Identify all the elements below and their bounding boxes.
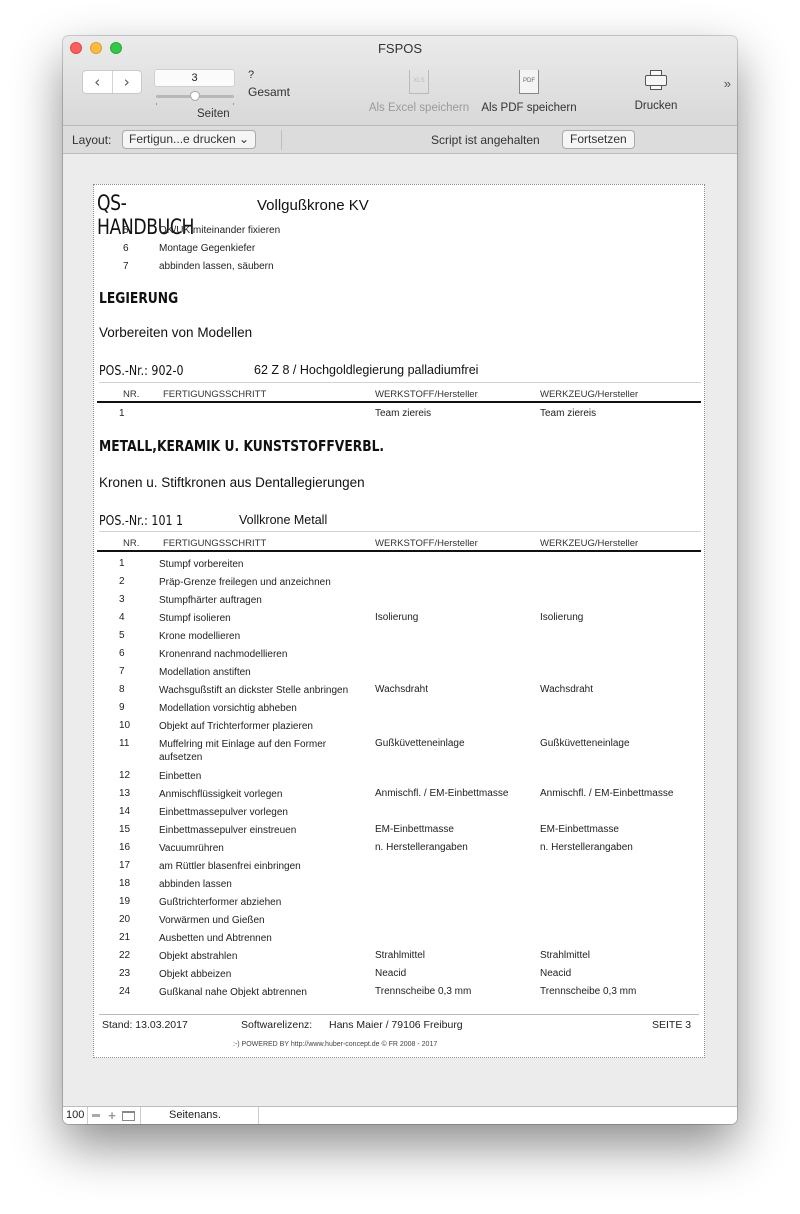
position-description: 62 Z 8 / Hochgoldlegierung palladiumfrei [254,363,478,377]
production-step: Gußtrichterformer abziehen [159,896,371,909]
row-number: 3 [119,594,139,605]
production-step: Objekt abbeizen [159,968,371,981]
print-page: QS-HANDBUCH Vollgußkrone KV 5OK/UK mitei… [93,184,705,1058]
column-header: WERKZEUG/Hersteller [540,389,638,400]
zoom-level[interactable]: 100 [63,1107,88,1125]
row-number: 21 [119,932,139,943]
production-step: Stumpfhärter auftragen [159,594,371,607]
row-number: 6 [119,648,139,659]
window-title: FSPOS [63,41,737,56]
tool: Team ziereis [540,408,596,419]
row-number: 23 [119,968,139,979]
column-header: WERKZEUG/Hersteller [540,538,638,549]
row-number: 9 [119,702,139,713]
step-number: 6 [123,243,129,254]
production-step: Stumpf isolieren [159,612,371,625]
total-pages-value: ? [248,69,254,81]
next-page-button[interactable]: › [112,71,142,93]
tool: Anmischfl. / EM-Einbettmasse [540,788,673,799]
footer-page-number: SEITE 3 [652,1019,691,1031]
xls-file-icon: XLS [409,70,429,94]
row-number: 2 [119,576,139,587]
material: Isolierung [375,612,418,623]
row-number: 24 [119,986,139,997]
column-header: WERKSTOFF/Hersteller [375,538,478,549]
production-step: Krone modellieren [159,630,371,643]
row-number: 15 [119,824,139,835]
step-number: 5 [123,225,129,236]
step-text: Montage Gegenkiefer [159,243,255,254]
footer-date: Stand: 13.03.2017 [102,1019,188,1031]
title-toolbar: FSPOS ‹ › 3 Seiten ? Gesamt XLS Als Exce… [63,36,737,126]
tool: Neacid [540,968,571,979]
table-header: NR.FERTIGUNGSSCHRITTWERKSTOFF/Hersteller… [97,538,701,552]
production-step: Anmischflüssigkeit vorlegen [159,788,371,801]
rule [99,531,701,532]
position-number: POS.-Nr.: 902-0 [99,364,184,379]
page-slider-thumb[interactable] [190,91,200,101]
production-step: Einbettmassepulver einstreuen [159,824,371,837]
slider-ticks [156,103,234,105]
row-number: 10 [119,720,139,731]
production-step: Muffelring mit Einlage auf den Former au… [159,738,371,764]
save-as-pdf-label: Als PDF speichern [476,102,582,114]
position-line: POS.-Nr.: 101 1 Vollkrone Metall [99,513,198,529]
material: Gußküvetteneinlage [375,738,465,749]
row-number: 22 [119,950,139,961]
row-number: 7 [119,666,139,677]
row-number: 14 [119,806,139,817]
production-step: Kronenrand nachmodellieren [159,648,371,661]
layout-dropdown[interactable]: Fertigun...e drucken ⌄ [122,130,256,149]
table-header: NR.FERTIGUNGSSCHRITTWERKSTOFF/Hersteller… [97,389,701,403]
script-status: Script ist angehalten [431,133,540,147]
position-line: POS.-Nr.: 902-0 62 Z 8 / Hochgoldlegieru… [99,363,198,379]
production-step: Modellation vorsichtig abheben [159,702,371,715]
production-step: Einbetten [159,770,371,783]
tool: Isolierung [540,612,583,623]
step-number: 7 [123,261,129,272]
footer-rule [99,1014,699,1015]
production-step: Präp-Grenze freilegen und anzeichnen [159,576,371,589]
row-number: 1 [119,558,139,569]
save-as-pdf-button[interactable]: PDF Als PDF speichern [476,70,582,114]
powered-by: :-) POWERED BY http://www.huber-concept.… [233,1041,437,1048]
step-text: OK/UK miteinander fixieren [159,225,280,236]
section-title: LEGIERUNG [99,289,178,307]
tool: Gußküvetteneinlage [540,738,630,749]
toolbar-overflow-icon[interactable]: » [724,76,729,91]
production-step: am Rüttler blasenfrei einbringen [159,860,371,873]
print-label: Drucken [616,100,696,112]
page-slider[interactable] [156,95,234,98]
tool: EM-Einbettmasse [540,824,619,835]
production-step: abbinden lassen [159,878,371,891]
page-number-field[interactable]: 3 [154,69,235,87]
production-step: Wachsgußstift an dickster Stelle anbring… [159,684,371,697]
layout-label: Layout: [72,133,111,147]
divider [281,130,282,150]
row-number: 17 [119,860,139,871]
material: Trennscheibe 0,3 mm [375,986,471,997]
print-button[interactable]: Drucken [616,70,696,112]
column-header: FERTIGUNGSSCHRITT [163,538,266,549]
material: Neacid [375,968,406,979]
pdf-file-icon: PDF [519,70,539,94]
row-number: 4 [119,612,139,623]
tool: Strahlmittel [540,950,590,961]
column-header: FERTIGUNGSSCHRITT [163,389,266,400]
row-number: 18 [119,878,139,889]
total-label: Gesamt [248,85,290,99]
material: n. Herstellerangaben [375,842,468,853]
continue-script-button[interactable]: Fortsetzen [562,130,635,149]
toolbar-toggle-icon[interactable] [120,1107,136,1125]
column-header: NR. [123,389,139,400]
section-subtitle: Vorbereiten von Modellen [99,325,252,340]
production-step: Vacuumrühren [159,842,371,855]
production-step: Objekt abstrahlen [159,950,371,963]
step-text: abbinden lassen, säubern [159,261,274,272]
production-step: Gußkanal nahe Objekt abtrennen [159,986,371,999]
row-number: 13 [119,788,139,799]
material: Wachsdraht [375,684,428,695]
row-number: 16 [119,842,139,853]
row-number: 1 [119,408,139,419]
row-number: 8 [119,684,139,695]
position-description: Vollkrone Metall [239,513,327,527]
footer-license-value: Hans Maier / 79106 Freiburg [329,1019,463,1031]
column-header: WERKSTOFF/Hersteller [375,389,478,400]
record-navigation: ‹ › [82,70,142,94]
save-as-excel-label: Als Excel speichern [364,102,474,114]
app-window: FSPOS ‹ › 3 Seiten ? Gesamt XLS Als Exce… [63,36,737,1124]
pages-label: Seiten [197,108,230,120]
material: Strahlmittel [375,950,425,961]
production-step: Ausbetten und Abtrennen [159,932,371,945]
status-bar: 100 + Seitenans. [63,1106,737,1124]
tool: n. Herstellerangaben [540,842,633,853]
preview-canvas: QS-HANDBUCH Vollgußkrone KV 5OK/UK mitei… [63,155,737,1106]
zoom-out-icon[interactable] [88,1107,104,1125]
previous-page-button[interactable]: ‹ [83,71,112,93]
footer-license-label: Softwarelizenz: [241,1019,312,1031]
layout-bar: Layout: Fertigun...e drucken ⌄ Script is… [63,126,737,154]
production-step: Modellation anstiften [159,666,371,679]
production-step: Vorwärmen und Gießen [159,914,371,927]
row-number: 11 [119,738,139,749]
production-step: Stumpf vorbereiten [159,558,371,571]
row-number: 19 [119,896,139,907]
row-number: 12 [119,770,139,781]
section-title: METALL,KERAMIK U. KUNSTSTOFFVERBL. [99,437,384,455]
product-title: Vollgußkrone KV [257,197,369,214]
row-number: 20 [119,914,139,925]
printer-icon [645,70,667,92]
tool: Trennscheibe 0,3 mm [540,986,636,997]
section-subtitle: Kronen u. Stiftkronen aus Dentallegierun… [99,475,365,490]
material: Anmischfl. / EM-Einbettmasse [375,788,508,799]
position-number: POS.-Nr.: 101 1 [99,514,183,529]
zoom-in-icon[interactable]: + [104,1107,120,1125]
material: Team ziereis [375,408,431,419]
tool: Wachsdraht [540,684,593,695]
save-as-excel-button[interactable]: XLS Als Excel speichern [364,70,474,114]
view-mode[interactable]: Seitenans. [140,1107,259,1125]
production-step: Einbettmassepulver vorlegen [159,806,371,819]
row-number: 5 [119,630,139,641]
rule [99,382,701,383]
column-header: NR. [123,538,139,549]
production-step: Objekt auf Trichterformer plazieren [159,720,371,733]
material: EM-Einbettmasse [375,824,454,835]
